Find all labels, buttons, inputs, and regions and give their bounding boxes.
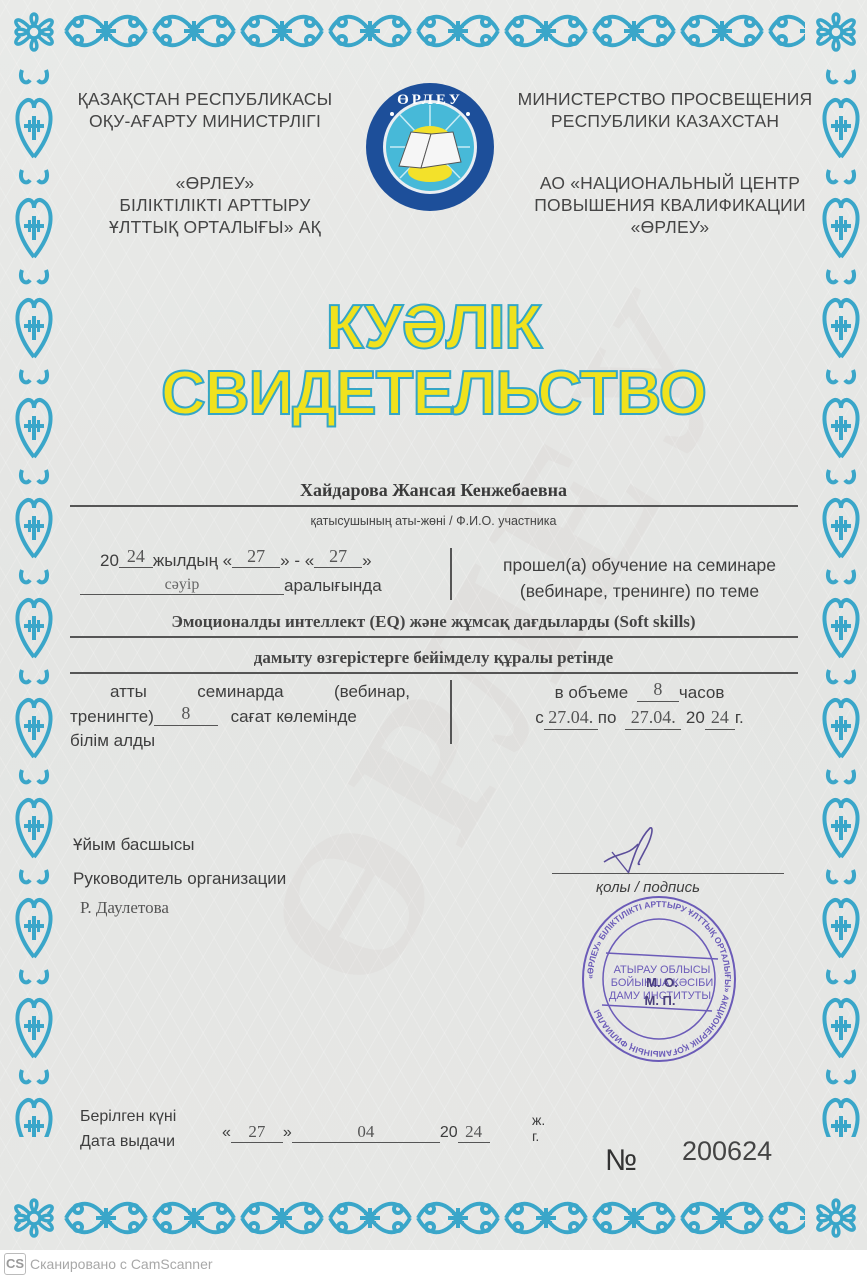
from-date: 27.04. [544, 705, 598, 730]
volume-year-suffix: г. [735, 708, 744, 727]
issue-suffix: ж. г. [532, 1112, 545, 1144]
camscanner-logo-icon: CS [4, 1253, 26, 1275]
issue-day: 27 [231, 1122, 283, 1143]
divider-top [450, 548, 452, 600]
org-name-ru: АО «НАЦИОНАЛЬНЫЙ ЦЕНТР ПОВЫШЕНИЯ КВАЛИФИ… [520, 172, 820, 238]
camscanner-text: Сканировано с CamScanner [30, 1256, 213, 1272]
topic-line2: дамыту өзгерістерге бейімделу құралы рет… [0, 648, 867, 668]
org-ru-line3: «ӨРЛЕУ» [520, 216, 820, 238]
ministry-kz-line1: ҚАЗАҚСТАН РЕСПУБЛИКАСЫ [70, 88, 340, 110]
orleu-logo: ӨРЛЕУ [355, 80, 505, 215]
volume-kz-line1: атты семинарда (вебинар, [70, 680, 410, 704]
period-kz: 2024жылдың «27» - «27» [100, 550, 372, 572]
participant-name-line [70, 505, 798, 507]
issue-month: 04 [292, 1122, 440, 1143]
year-value: 24 [119, 546, 153, 568]
to-date: 27.04. [625, 705, 681, 730]
volume-kz-hours: 8 [154, 701, 218, 726]
ornament-border-bottom [62, 1195, 805, 1241]
issue-date: «27»042024 [222, 1122, 490, 1143]
issue-open-quote: « [222, 1124, 231, 1141]
org-kz-line3: ҰЛТТЫҚ ОРТАЛЫҒЫ» АҚ [80, 216, 350, 238]
ministry-kz-line2: ОҚУ-АҒАРТУ МИНИСТРЛІГІ [70, 110, 340, 132]
period-close: » [362, 551, 371, 570]
certificate-number: 200624 [682, 1136, 772, 1167]
org-kz-line2: БІЛІКТІЛІКТІ АРТТЫРУ [80, 194, 350, 216]
topic-line1: Эмоционалды интеллект (EQ) және жұмсақ д… [0, 612, 867, 632]
volume-year: 24 [705, 705, 735, 730]
period-ru: прошел(а) обучение на семинаре (вебинаре… [462, 552, 817, 604]
topic-line1-underline [70, 636, 798, 638]
day-to: 27 [314, 546, 362, 568]
issue-year: 24 [458, 1122, 490, 1143]
year-word: жылдың « [153, 551, 232, 570]
divider-bottom [450, 680, 452, 744]
volume-kz-suffix: сағат көлемінде [231, 707, 357, 726]
year-prefix: 20 [100, 551, 119, 570]
participant-caption: қатысушының аты-жөні / Ф.И.О. участника [0, 514, 867, 528]
period-separator: » - « [280, 551, 314, 570]
title-kz: КУӘЛІК [0, 292, 867, 363]
volume-ru-prefix: в объеме [555, 683, 629, 702]
period-kz-month-row: сәуіраралығында [80, 576, 382, 597]
volume-ru-suffix: часов [679, 683, 725, 702]
volume-kz: атты семинарда (вебинар, тренингте)8 сағ… [70, 680, 410, 753]
svg-text:М. О.: М. О. [646, 975, 678, 990]
org-kz-line1: «ӨРЛЕУ» [80, 172, 350, 194]
ornament-corner-bottom-left [6, 1190, 62, 1246]
from-label: с [535, 708, 544, 727]
issue-suffix-kz: ж. [532, 1112, 545, 1128]
issue-suffix-ru: г. [532, 1128, 545, 1144]
topic-line2-underline [70, 672, 798, 674]
issue-date-label-kz: Берілген күні [80, 1108, 176, 1126]
ministry-name-ru: МИНИСТЕРСТВО ПРОСВЕЩЕНИЯ РЕСПУБЛИКИ КАЗА… [505, 88, 825, 132]
issue-date-label-ru: Дата выдачи [80, 1133, 175, 1151]
official-stamp: «ӨРЛЕУ» БІЛІКТІЛІКТІ АРТТЫРУ ҰЛТТЫҚ ОРТА… [580, 893, 738, 1065]
ornament-border-right [817, 62, 865, 1137]
signatory-name: Р. Даулетова [80, 898, 169, 918]
ministry-name-kz: ҚАЗАҚСТАН РЕСПУБЛИКАСЫ ОҚУ-АҒАРТУ МИНИСТ… [70, 88, 340, 132]
certificate-page: ӨРЛЕУ [0, 0, 867, 1250]
to-label: по [598, 708, 617, 727]
scanner-footer: CS Сканировано с CamScanner [0, 1250, 867, 1280]
volume-kz-line3: білім алды [70, 729, 410, 753]
ornament-border-left [10, 62, 58, 1137]
period-ru-line1: прошел(а) обучение на семинаре [462, 552, 817, 578]
volume-ru: в объеме 8часов с27.04.по 27.04. 2024г. [462, 680, 817, 730]
volume-ru-hours: 8 [637, 677, 679, 702]
volume-year-prefix: 20 [686, 708, 705, 727]
title-ru: СВИДЕТЕЛЬСТВО [0, 358, 867, 429]
ornament-border-top [62, 8, 805, 54]
org-ru-line1: АО «НАЦИОНАЛЬНЫЙ ЦЕНТР [520, 172, 820, 194]
month-value: сәуір [80, 576, 284, 595]
ornament-corner-top-left [6, 4, 62, 60]
signatory-role-kz: Ұйым басшысы [73, 835, 194, 855]
ornament-corner-bottom-right [808, 1190, 864, 1246]
volume-kz-prefix: тренингте) [70, 707, 154, 726]
issue-close-quote: » [283, 1124, 292, 1141]
ministry-ru-line1: МИНИСТЕРСТВО ПРОСВЕЩЕНИЯ [505, 88, 825, 110]
issue-year-prefix: 20 [440, 1124, 458, 1141]
org-ru-line2: ПОВЫШЕНИЯ КВАЛИФИКАЦИИ [520, 194, 820, 216]
day-from: 27 [232, 546, 280, 568]
org-name-kz: «ӨРЛЕУ» БІЛІКТІЛІКТІ АРТТЫРУ ҰЛТТЫҚ ОРТА… [80, 172, 350, 238]
signature-line [552, 873, 784, 874]
period-suffix: аралығында [284, 576, 382, 595]
period-ru-line2: (вебинаре, тренинге) по теме [462, 578, 817, 604]
ornament-corner-top-right [808, 4, 864, 60]
participant-name: Хайдарова Жансая Кенжебаевна [0, 480, 867, 501]
certificate-number-sign: № [605, 1144, 637, 1178]
svg-text:ӨРЛЕУ: ӨРЛЕУ [397, 92, 463, 108]
ministry-ru-line2: РЕСПУБЛИКИ КАЗАХСТАН [505, 110, 825, 132]
svg-text:М. П.: М. П. [644, 993, 675, 1008]
signatory-role-ru: Руководитель организации [73, 869, 286, 889]
